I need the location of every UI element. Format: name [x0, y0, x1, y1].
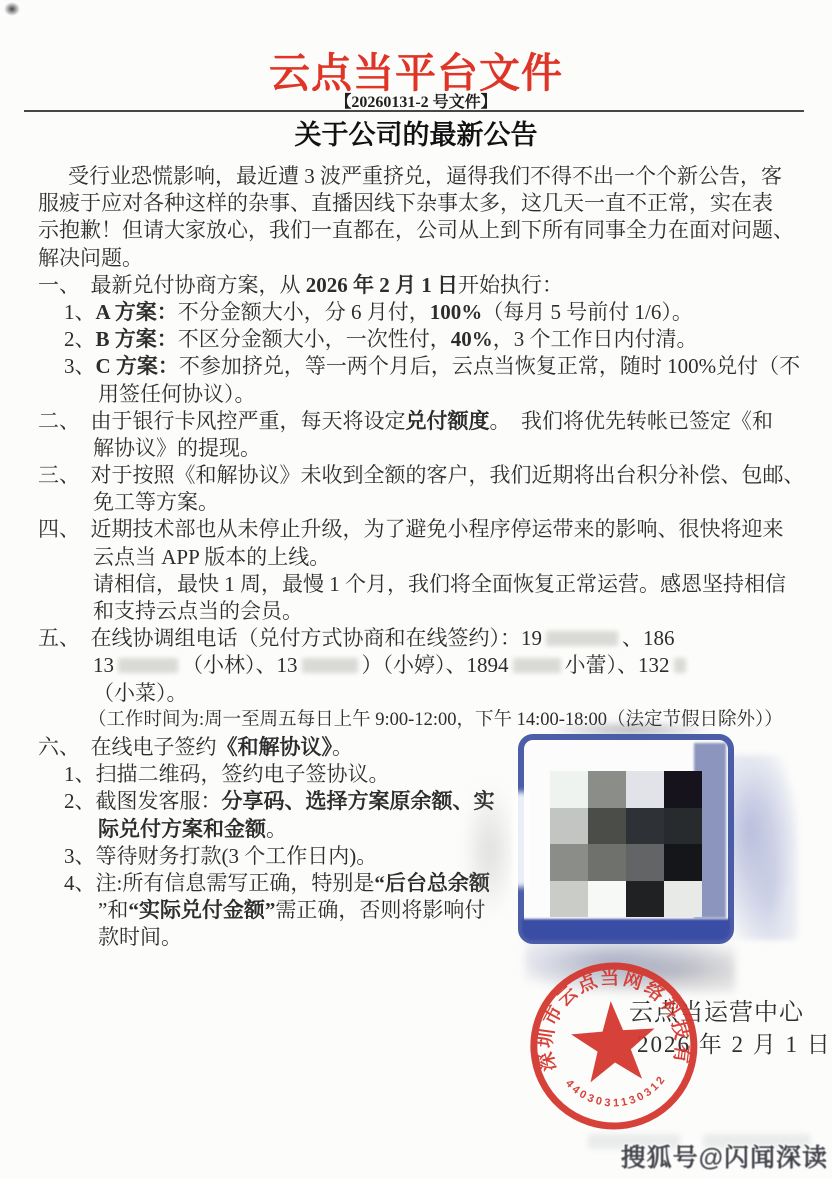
redacted-phone-fragment: [302, 658, 358, 673]
document-line: 服疲于应对各种这样的杂事、直播因线下杂事太多，这几天一直不正常，实在表: [38, 190, 804, 217]
mosaic-cell: [626, 881, 664, 918]
mosaic-cell: [588, 771, 626, 808]
document-line: 云点当 APP 版本的上线。: [38, 544, 804, 571]
announcement-heading: 关于公司的最新公告: [0, 113, 832, 152]
qr-pixelation-mosaic: [550, 771, 702, 917]
redacted-phone-fragment: [513, 658, 561, 673]
mosaic-cell: [664, 808, 702, 845]
mosaic-cell: [588, 844, 626, 881]
mosaic-cell: [626, 771, 664, 808]
mosaic-cell: [626, 844, 664, 881]
document-number: 【20260131-2 号文件】: [0, 89, 832, 112]
mosaic-cell: [664, 771, 702, 808]
document-line: 2、B 方案：不区分金额大小，一次性付，40%，3 个工作日内付清。: [38, 326, 804, 353]
redacted-phone-fragment: [546, 631, 618, 646]
document-line: 请相信，最快 1 周，最慢 1 个月，我们将全面恢复正常运营。感恩坚持相信: [38, 571, 804, 598]
document-line: 解协议》的提现。: [38, 435, 804, 462]
document-line: 受行业恐慌影响，最近遭 3 波严重挤兑，逼得我们不得不出一个个新公告，客: [38, 163, 804, 190]
redacted-phone-fragment: [674, 658, 686, 673]
document-line: （工作时间为:周一至周五每日上午 9:00-12:00，下午 14:00-18:…: [38, 707, 804, 734]
seal-serial-number: 4403031130312: [562, 1071, 671, 1113]
mosaic-cell: [550, 844, 588, 881]
document-page: 云点当平台文件 【20260131-2 号文件】 关于公司的最新公告 受行业恐慌…: [0, 0, 832, 1178]
document-line: 和支持云点当的会员。: [38, 598, 804, 625]
star-icon: [569, 998, 658, 1083]
mosaic-cell: [550, 771, 588, 808]
document-line: 1、A 方案：不分金额大小，分 6 月付，100%（每月 5 号前付 1/6）。: [38, 299, 804, 326]
document-line: 用签任何协议）。: [38, 381, 804, 408]
document-line: 解决问题。: [38, 245, 804, 272]
mosaic-cell: [626, 808, 664, 845]
document-line: 二、 由于银行卡风控严重，每天将设定兑付额度。 我们将优先转帐已签定《和: [38, 408, 804, 435]
document-line: 四、 近期技术部也从未停止升级，为了避免小程序停运带来的影响、很快将迎来: [38, 516, 804, 543]
censored-qr-code: [518, 734, 734, 944]
document-line: 三、 对于按照《和解协议》未收到全额的客户，我们近期将出台积分补偿、包邮、: [38, 462, 804, 489]
document-line: 示抱歉！但请大家放心，我们一直都在，公司从上到下所有同事全力在面对问题、: [38, 217, 804, 244]
mosaic-cell: [664, 881, 702, 918]
document-line: 13（小林）、13）（小婷）、1894小蕾）、132: [38, 652, 804, 679]
watermark: 搜狐号@闪闻深读: [621, 1138, 828, 1174]
document-line: 3、C 方案：不参加挤兑，等一两个月后，云点当恢复正常，随时 100%兑付（不: [38, 353, 804, 380]
mosaic-cell: [588, 808, 626, 845]
document-line: 一、 最新兑付协商方案，从 2026 年 2 月 1 日开始执行：: [38, 272, 804, 299]
header-divider: [24, 110, 804, 112]
document-line: 免工等方案。: [38, 489, 804, 516]
scan-artifact-speck: [4, 2, 20, 16]
redacted-phone-fragment: [118, 658, 178, 673]
mosaic-cell: [588, 881, 626, 918]
company-seal: 深圳市云点当网络科技有限公司 4403031130312: [518, 952, 710, 1144]
mosaic-cell: [550, 808, 588, 845]
qr-bottom-bar: [522, 919, 730, 940]
document-line: （小菜）。: [38, 680, 804, 707]
qr-white-wash: [513, 792, 529, 887]
mosaic-cell: [664, 844, 702, 881]
mosaic-cell: [550, 881, 588, 918]
document-line: 五、 在线协调组电话（兑付方式协商和在线签约）：19、186: [38, 625, 804, 652]
